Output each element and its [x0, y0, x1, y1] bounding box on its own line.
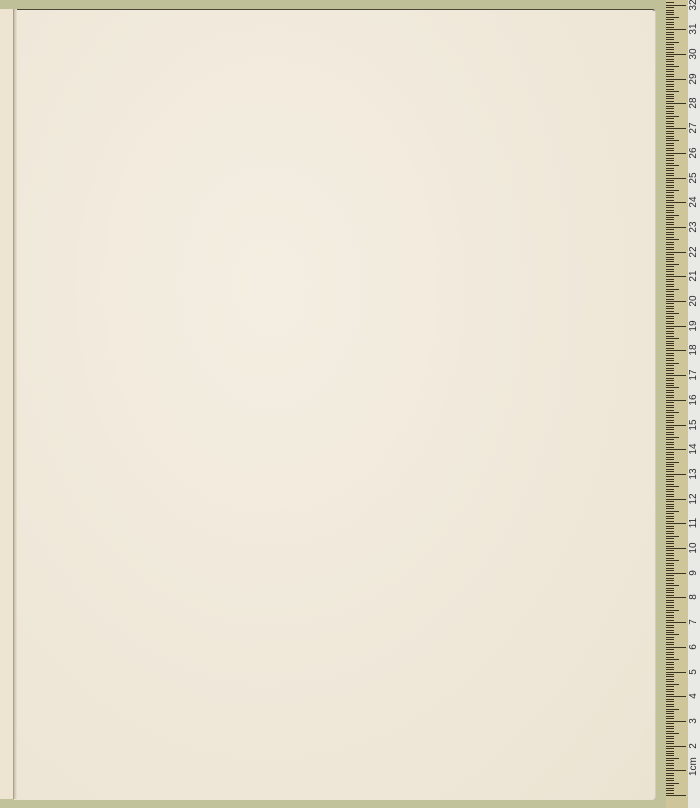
ruler-tick [666, 385, 674, 386]
ruler-tick [666, 34, 674, 35]
ruler-tick [666, 439, 674, 440]
ruler-tick [666, 378, 674, 379]
ruler-tick [666, 748, 674, 749]
ruler-tick [666, 215, 679, 216]
ruler-tick [666, 316, 674, 317]
ruler-tick [666, 338, 679, 339]
ruler-tick [666, 538, 674, 539]
ruler-tick [666, 24, 674, 25]
ruler-tick [666, 760, 674, 761]
ruler-label: 3 [688, 715, 700, 727]
ruler-tick [666, 469, 674, 470]
ruler-tick [666, 123, 674, 124]
ruler-tick [666, 74, 674, 75]
ruler-tick [666, 674, 674, 675]
ruler-tick [666, 266, 674, 267]
ruler-tick [666, 299, 674, 300]
ruler-tick [666, 659, 679, 660]
ruler-tick [666, 775, 674, 776]
ruler-tick [666, 649, 674, 650]
ruler-tick [666, 291, 674, 292]
ruler-tick [666, 254, 674, 255]
ruler-label: 17 [688, 369, 700, 381]
ruler-label: 27 [688, 122, 700, 134]
ruler-tick [666, 686, 674, 687]
ruler-tick [666, 592, 674, 593]
ruler-tick [666, 343, 674, 344]
ruler-tick [666, 296, 674, 297]
ruler-tick [666, 726, 674, 727]
ruler-tick [666, 42, 679, 43]
ruler-tick [666, 565, 674, 566]
ruler-tick [666, 271, 674, 272]
ruler-tick [666, 617, 674, 618]
measurement-ruler: 1cm2345678910111213141516171819202122232… [666, 0, 700, 808]
ruler-tick [666, 224, 674, 225]
ruler-tick [666, 518, 674, 519]
ruler-tick [666, 323, 674, 324]
ruler-tick [666, 795, 686, 796]
ruler-label: 13 [688, 468, 700, 480]
ruler-tick [666, 474, 686, 475]
ruler-tick [666, 541, 674, 542]
ruler-tick [666, 479, 674, 480]
ruler-label: 18 [688, 344, 700, 356]
ruler-tick [666, 590, 674, 591]
ruler-tick [666, 7, 674, 8]
ruler-tick [666, 790, 674, 791]
ruler-tick [666, 471, 674, 472]
ruler-tick [666, 81, 674, 82]
ruler-label: 32 [688, 0, 700, 11]
ruler-tick [666, 442, 674, 443]
ruler-label: 21 [688, 270, 700, 282]
ruler-tick [666, 259, 674, 260]
ruler-tick [666, 98, 674, 99]
ruler-tick [666, 716, 674, 717]
ruler-tick [666, 793, 674, 794]
ruler-tick [666, 632, 674, 633]
ruler-tick [666, 111, 674, 112]
ruler-tick [666, 427, 674, 428]
ruler-tick [666, 318, 674, 319]
ruler-tick [666, 303, 674, 304]
ruler-tick [666, 741, 674, 742]
ruler-tick [666, 676, 674, 677]
ruler-tick [666, 368, 674, 369]
ruler-tick [666, 350, 686, 351]
ruler-tick [666, 91, 679, 92]
ruler-tick [666, 227, 686, 228]
ruler-tick [666, 252, 686, 253]
ruler-tick [666, 785, 674, 786]
ruler-tick [666, 407, 674, 408]
ruler-tick [666, 84, 674, 85]
ruler-tick [666, 397, 674, 398]
ruler-tick [666, 652, 674, 653]
ruler-tick [666, 363, 679, 364]
ruler-tick [666, 751, 674, 752]
ruler-tick [666, 116, 679, 117]
ruler-tick [666, 731, 674, 732]
ruler-tick [666, 639, 674, 640]
ruler-tick [666, 331, 674, 332]
ruler-tick [666, 620, 674, 621]
ruler-tick [666, 121, 674, 122]
ruler-tick [666, 133, 674, 134]
ruler-tick [666, 237, 674, 238]
ruler-tick [666, 76, 674, 77]
ruler-tick [666, 462, 679, 463]
ruler-label: 4 [688, 690, 700, 702]
ruler-tick [666, 173, 674, 174]
ruler-tick [666, 217, 674, 218]
ruler-tick [666, 390, 674, 391]
ruler-tick [666, 464, 674, 465]
ruler-tick [666, 746, 686, 747]
ruler-tick [666, 783, 679, 784]
ruler-tick [666, 647, 686, 648]
ruler-tick [666, 506, 674, 507]
ruler-tick [666, 143, 674, 144]
ruler-tick [666, 575, 674, 576]
ruler-tick [666, 546, 674, 547]
ruler-tick [666, 247, 674, 248]
ruler-tick [666, 615, 674, 616]
ruler-tick [666, 669, 674, 670]
ruler-tick [666, 202, 686, 203]
ruler-tick [666, 457, 674, 458]
ruler-tick [666, 10, 674, 11]
ruler-tick [666, 301, 686, 302]
ruler-label: 26 [688, 147, 700, 159]
ruler-tick [666, 44, 674, 45]
ruler-tick [666, 94, 674, 95]
ruler-tick [666, 681, 674, 682]
ruler-tick [666, 29, 686, 30]
ruler-tick [666, 580, 674, 581]
ruler-tick [666, 400, 686, 401]
ruler-tick [666, 602, 674, 603]
ruler-tick [666, 508, 674, 509]
ruler-tick [666, 513, 674, 514]
ruler-tick [666, 222, 674, 223]
ruler-tick [666, 96, 674, 97]
ruler-tick [666, 89, 674, 90]
ruler-tick [666, 605, 674, 606]
ruler-tick [666, 145, 674, 146]
ruler-tick [666, 138, 674, 139]
ruler-tick [666, 511, 679, 512]
ruler-tick [666, 311, 674, 312]
ruler-tick [666, 395, 674, 396]
ruler-tick [666, 773, 674, 774]
ruler-tick [666, 425, 686, 426]
ruler-tick [666, 153, 686, 154]
ruler-tick [666, 128, 686, 129]
ruler-tick [666, 610, 679, 611]
ruler-tick [666, 723, 674, 724]
ruler-label: 19 [688, 320, 700, 332]
ruler-tick [666, 417, 674, 418]
ruler-tick [666, 182, 674, 183]
ruler-tick [666, 570, 674, 571]
ruler-tick [666, 150, 674, 151]
ruler-tick [666, 701, 674, 702]
ruler-tick [666, 402, 674, 403]
ruler-tick [666, 713, 674, 714]
ruler-tick [666, 165, 679, 166]
ruler-tick [666, 101, 674, 102]
ruler-tick [666, 239, 679, 240]
ruler-tick [666, 607, 674, 608]
ruler-tick [666, 328, 674, 329]
ruler-tick [666, 694, 674, 695]
ruler-label: 1cm [688, 764, 700, 776]
ruler-label: 28 [688, 97, 700, 109]
ruler-tick [666, 484, 674, 485]
page-spine [14, 9, 17, 799]
ruler-tick [666, 696, 686, 697]
ruler-tick [666, 155, 674, 156]
ruler-tick [666, 140, 679, 141]
ruler-tick [666, 622, 686, 623]
ruler-tick [666, 12, 674, 13]
ruler-tick [666, 341, 674, 342]
ruler-tick [666, 148, 674, 149]
ruler-tick [666, 289, 679, 290]
ruler-tick [666, 494, 674, 495]
ruler-tick [666, 536, 679, 537]
ruler-tick [666, 355, 674, 356]
ruler-tick [666, 276, 686, 277]
ruler-tick [666, 672, 686, 673]
ruler-tick [666, 360, 674, 361]
ruler-tick [666, 195, 674, 196]
ruler-tick [666, 190, 679, 191]
ruler-tick [666, 521, 674, 522]
ruler-tick [666, 170, 674, 171]
ruler-tick [666, 59, 674, 60]
ruler-tick [666, 207, 674, 208]
ruler-tick [666, 69, 674, 70]
ruler-tick [666, 573, 686, 574]
ruler-tick [666, 476, 674, 477]
ruler-tick [666, 654, 674, 655]
ruler-tick [666, 22, 674, 23]
ruler-label: 2 [688, 740, 700, 752]
ruler-tick [666, 200, 674, 201]
ruler-tick [666, 257, 674, 258]
ruler-tick [666, 326, 686, 327]
ruler-label: 23 [688, 221, 700, 233]
ruler-tick [666, 600, 674, 601]
ruler-tick [666, 264, 679, 265]
ruler-label: 24 [688, 196, 700, 208]
ruler-tick [666, 333, 674, 334]
ruler-tick [666, 770, 686, 771]
ruler-tick [666, 232, 674, 233]
ruler-tick [666, 383, 674, 384]
ruler-tick [666, 728, 674, 729]
ruler-tick [666, 212, 674, 213]
ruler-tick [666, 163, 674, 164]
ruler-tick [666, 422, 674, 423]
ruler-tick [666, 61, 674, 62]
ruler-tick [666, 27, 674, 28]
ruler-tick [666, 736, 674, 737]
ruler-tick [666, 560, 679, 561]
ruler-tick [666, 353, 674, 354]
ruler-tick [666, 489, 674, 490]
ruler-tick [666, 284, 674, 285]
ruler-tick [666, 52, 674, 53]
ruler-tick [666, 452, 674, 453]
ruler-tick [666, 358, 674, 359]
ruler-label: 31 [688, 23, 700, 35]
ruler-label: 30 [688, 48, 700, 60]
ruler-label: 16 [688, 394, 700, 406]
ruler-tick [666, 684, 679, 685]
ruler-label: 8 [688, 591, 700, 603]
ruler-tick [666, 432, 674, 433]
ruler-tick [666, 504, 674, 505]
ruler-tick [666, 420, 674, 421]
ruler-tick [666, 704, 674, 705]
ruler-tick [666, 2, 674, 3]
ruler-tick [666, 634, 679, 635]
ruler-tick [666, 437, 679, 438]
ruler-tick [666, 294, 674, 295]
ruler-tick [666, 548, 686, 549]
ruler-tick [666, 588, 674, 589]
ruler-tick [666, 113, 674, 114]
ruler-label: 5 [688, 666, 700, 678]
ruler-tick [666, 642, 674, 643]
ruler-tick [666, 755, 674, 756]
ruler-tick [666, 136, 674, 137]
ruler-tick [666, 689, 674, 690]
ruler-tick [666, 578, 674, 579]
ruler-tick [666, 630, 674, 631]
ruler-tick [666, 568, 674, 569]
ruler-tick [666, 788, 674, 789]
ruler-tick [666, 486, 679, 487]
ruler-tick [666, 627, 674, 628]
facing-page-edge [0, 9, 14, 799]
ruler-tick [666, 185, 674, 186]
ruler-tick [666, 595, 674, 596]
ruler-tick [666, 106, 674, 107]
ruler-tick [666, 345, 674, 346]
ruler-tick [666, 778, 674, 779]
ruler-tick [666, 56, 674, 57]
ruler-tick [666, 192, 674, 193]
ruler-tick [666, 491, 674, 492]
ruler-tick [666, 644, 674, 645]
ruler-tick [666, 37, 674, 38]
ruler-tick [666, 558, 674, 559]
ruler-tick [666, 392, 674, 393]
ruler-tick [666, 585, 679, 586]
ruler-tick [666, 449, 686, 450]
ruler-tick [666, 234, 674, 235]
ruler-tick [666, 66, 679, 67]
ruler-tick [666, 47, 674, 48]
ruler-tick [666, 415, 674, 416]
ruler-tick [666, 380, 674, 381]
ruler-tick [666, 412, 679, 413]
ruler-tick [666, 242, 674, 243]
ruler-tick [666, 553, 674, 554]
ruler-tick [666, 765, 674, 766]
ruler-tick [666, 447, 674, 448]
ruler-tick [666, 281, 674, 282]
ruler-label: 15 [688, 419, 700, 431]
ruler-label: 10 [688, 542, 700, 554]
ruler-tick [666, 523, 686, 524]
ruler-tick [666, 160, 674, 161]
ruler-tick [666, 555, 674, 556]
ruler-tick [666, 466, 674, 467]
ruler-tick [666, 32, 674, 33]
ruler-tick [666, 444, 674, 445]
ruler-tick [666, 210, 674, 211]
ruler-tick [666, 410, 674, 411]
ruler-tick [666, 531, 674, 532]
ruler-tick [666, 373, 674, 374]
ruler-label: 22 [688, 246, 700, 258]
ruler-tick [666, 54, 686, 55]
ruler-tick [666, 563, 674, 564]
ruler-label: 25 [688, 172, 700, 184]
ruler-tick [666, 718, 674, 719]
ruler-tick [666, 516, 674, 517]
ruler-tick [666, 780, 674, 781]
ruler-tick [666, 597, 686, 598]
ruler-tick [666, 103, 686, 104]
ruler-tick [666, 286, 674, 287]
ruler-tick [666, 526, 674, 527]
ruler-tick [666, 365, 674, 366]
ruler-tick [666, 17, 679, 18]
ruler-tick [666, 180, 674, 181]
ruler-tick [666, 528, 674, 529]
ruler-tick [666, 664, 674, 665]
ruler-tick [666, 550, 674, 551]
ruler-tick [666, 738, 674, 739]
ruler-tick [666, 131, 674, 132]
ruler-tick [666, 126, 674, 127]
ruler-tick [666, 434, 674, 435]
ruler-tick [666, 261, 674, 262]
ruler-tick [666, 481, 674, 482]
ruler-tick [666, 709, 679, 710]
ruler-tick [666, 657, 674, 658]
ruler-tick [666, 279, 674, 280]
ruler-tick [666, 679, 674, 680]
ruler-label: 9 [688, 567, 700, 579]
ruler-tick [666, 249, 674, 250]
ruler-tick [666, 14, 674, 15]
ruler-tick [666, 733, 679, 734]
ruler-label: 7 [688, 616, 700, 628]
ruler-tick [666, 158, 674, 159]
ruler-tick [666, 229, 674, 230]
ruler-tick [666, 543, 674, 544]
ruler-tick [666, 583, 674, 584]
blank-page [14, 9, 656, 800]
